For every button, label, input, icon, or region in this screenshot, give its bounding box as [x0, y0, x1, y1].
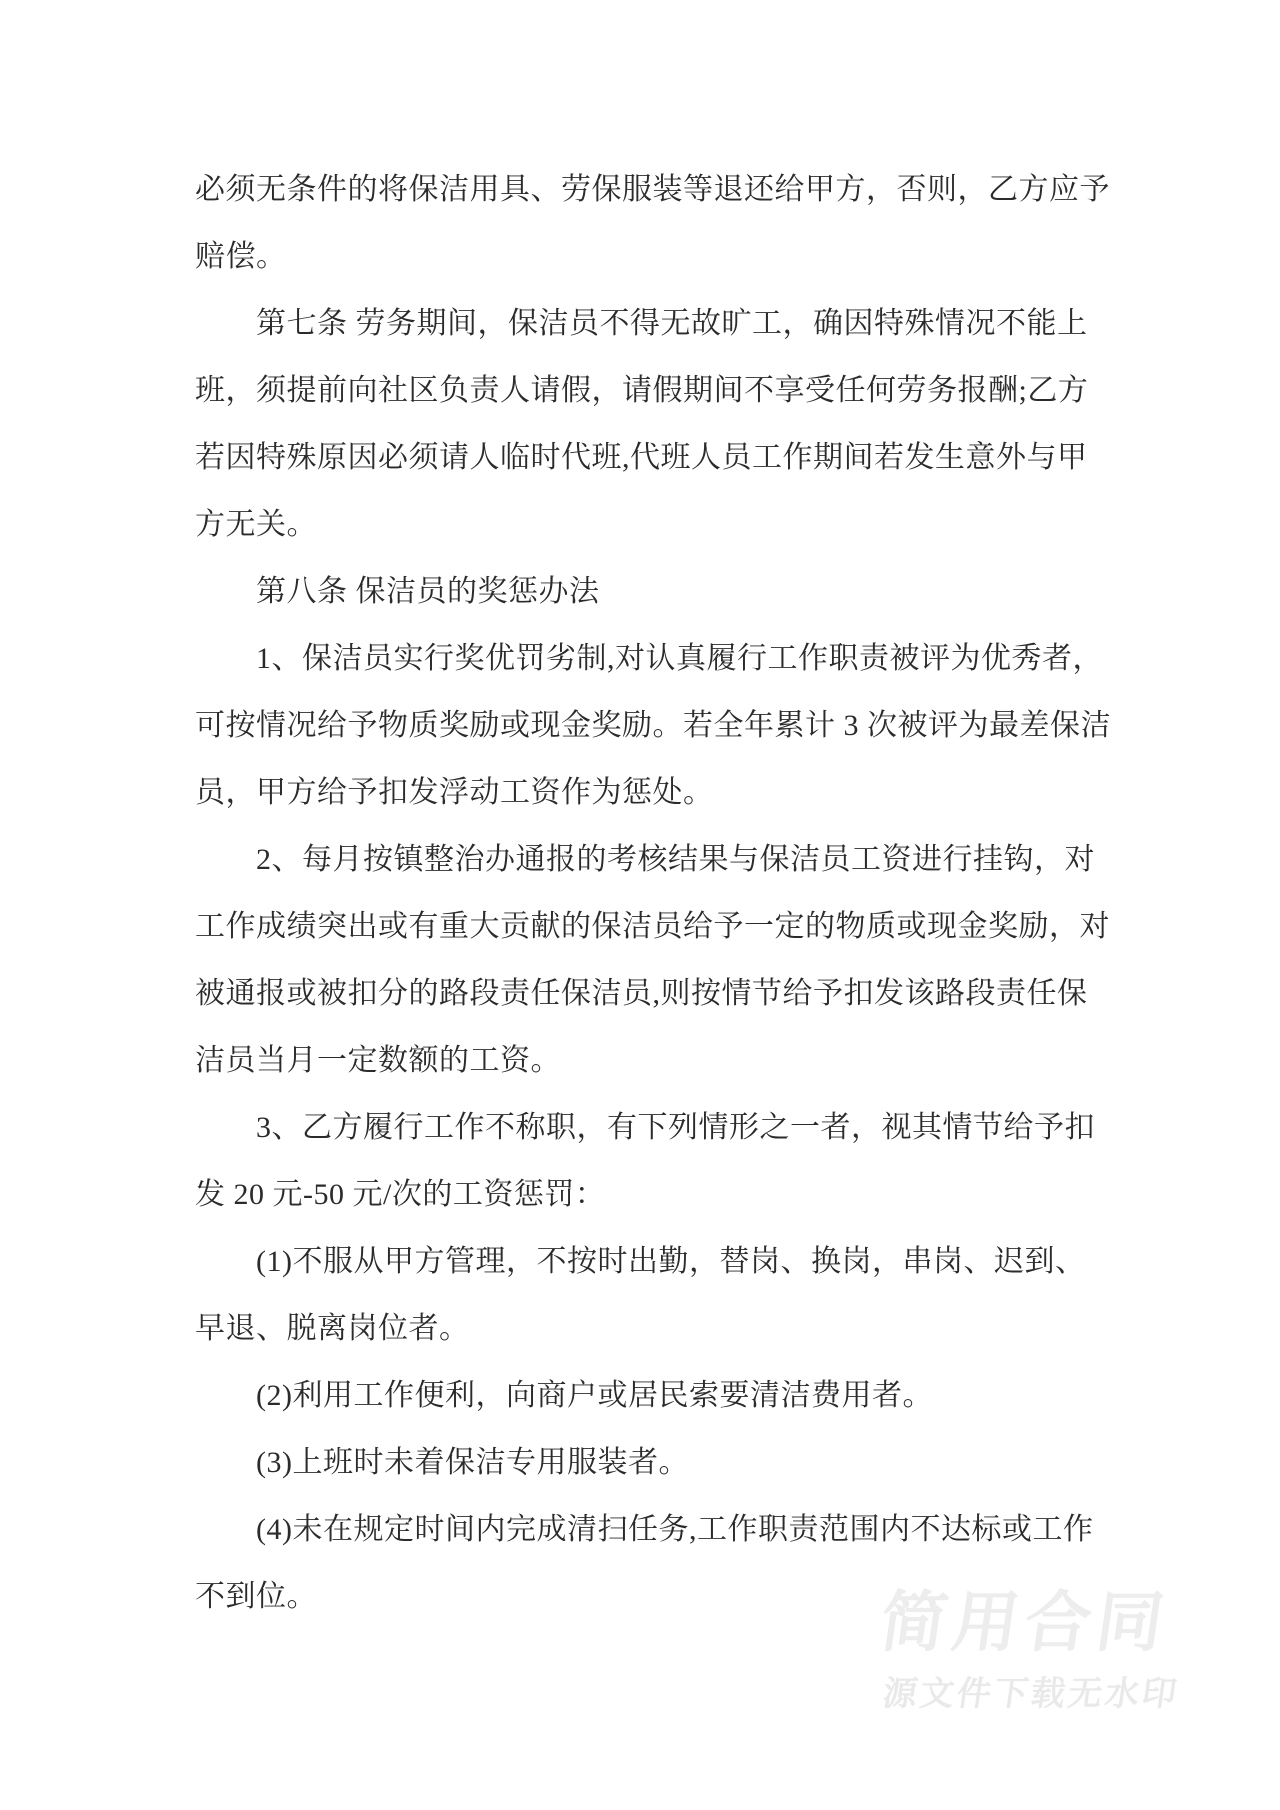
text-line-clause-7: 第七条 劳务期间，保洁员不得无故旷工，确因特殊情况不能上 [195, 290, 1110, 357]
text-line: 早退、脱离岗位者。 [195, 1295, 1110, 1362]
text-line: 必须无条件的将保洁用具、劳保服装等退还给甲方，否则，乙方应予 [195, 156, 1110, 223]
text-line: 班，须提前向社区负责人请假，请假期间不享受任何劳务报酬;乙方 [195, 357, 1110, 424]
text-line: 可按情况给予物质奖励或现金奖励。若全年累计 3 次被评为最差保洁 [195, 692, 1110, 759]
text-line: 被通报或被扣分的路段责任保洁员,则按情节给予扣发该路段责任保 [195, 960, 1110, 1027]
document-page: 必须无条件的将保洁用具、劳保服装等退还给甲方，否则，乙方应予 赔偿。 第七条 劳… [0, 0, 1280, 1810]
text-line: 员，甲方给予扣发浮动工资作为惩处。 [195, 759, 1110, 826]
text-line: 发 20 元-50 元/次的工资惩罚： [195, 1161, 1110, 1228]
text-line-subitem-4: (4)未在规定时间内完成清扫任务,工作职责范围内不达标或工作 [195, 1496, 1110, 1563]
text-line-clause-8: 第八条 保洁员的奖惩办法 [195, 558, 1110, 625]
text-line: 工作成绩突出或有重大贡献的保洁员给予一定的物质或现金奖励，对 [195, 893, 1110, 960]
text-line-item-1: 1、保洁员实行奖优罚劣制,对认真履行工作职责被评为优秀者， [195, 625, 1110, 692]
text-line-item-2: 2、每月按镇整治办通报的考核结果与保洁员工资进行挂钩，对 [195, 826, 1110, 893]
watermark-title: 简用合同 [876, 1588, 1174, 1656]
text-line-subitem-1: (1)不服从甲方管理，不按时出勤，替岗、换岗，串岗、迟到、 [195, 1228, 1110, 1295]
text-line: 若因特殊原因必须请人临时代班,代班人员工作期间若发生意外与甲 [195, 424, 1110, 491]
text-line: 方无关。 [195, 491, 1110, 558]
watermark-subtitle: 源文件下载无水印 [880, 1676, 1181, 1712]
text-line: 洁员当月一定数额的工资。 [195, 1027, 1110, 1094]
text-line-subitem-3: (3)上班时未着保洁专用服装者。 [195, 1429, 1110, 1496]
contract-text-block: 必须无条件的将保洁用具、劳保服装等退还给甲方，否则，乙方应予 赔偿。 第七条 劳… [195, 156, 1110, 1630]
text-line-subitem-2: (2)利用工作便利，向商户或居民索要清洁费用者。 [195, 1362, 1110, 1429]
text-line-item-3: 3、乙方履行工作不称职，有下列情形之一者，视其情节给予扣 [195, 1094, 1110, 1161]
text-line: 赔偿。 [195, 223, 1110, 290]
